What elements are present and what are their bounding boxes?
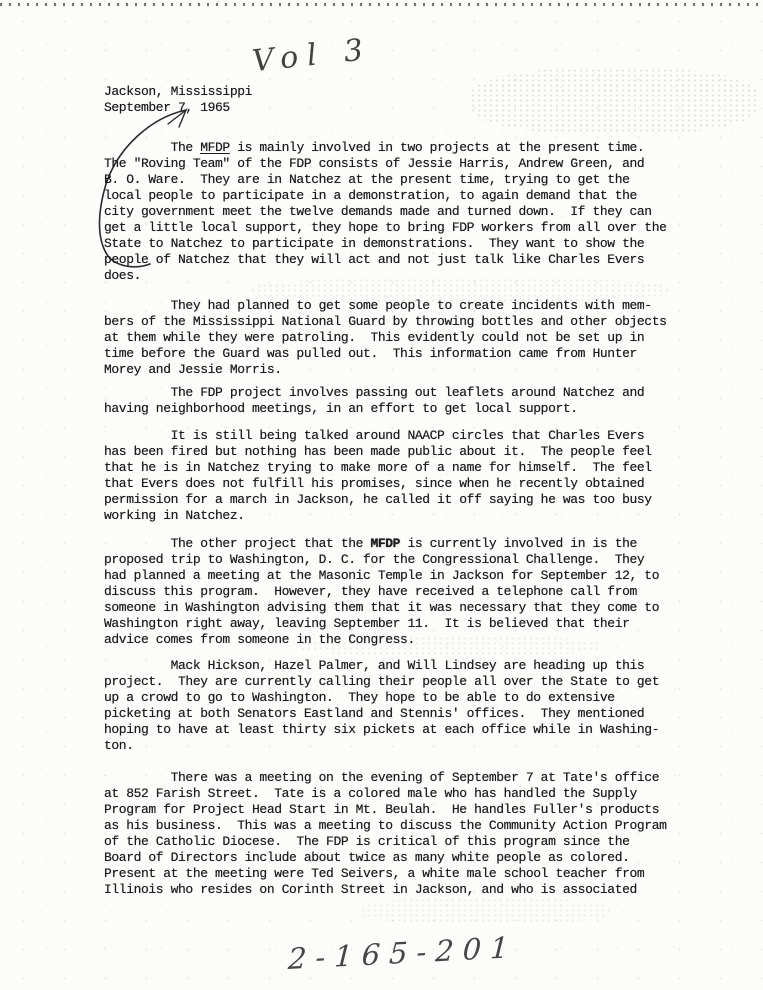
paragraph-7-body: There was a meeting on the evening of Se… — [104, 770, 667, 897]
paragraph-3-body: The FDP project involves passing out lea… — [104, 385, 644, 416]
handwritten-file-number: 2-165-201 — [287, 930, 518, 976]
scan-edge-dots — [0, 3, 763, 6]
paragraph-5: The other project that the MFDP is curre… — [104, 536, 659, 648]
paragraph-4: It is still being talked around NAACP ci… — [104, 428, 652, 524]
paragraph-1: The MFDP is mainly involved in two proje… — [104, 140, 667, 284]
dateline-location: Jackson, Mississippi — [104, 84, 252, 99]
scan-noise-blob — [360, 898, 610, 924]
paragraph-1-line1-pre: The — [104, 140, 200, 155]
paragraph-5-line1-pre: The other project that the — [104, 536, 370, 551]
paragraph-5-line1-post: is currently involved in is the — [400, 536, 637, 551]
dateline-date: September 7, 1965 — [104, 100, 230, 115]
paragraph-5-mfdp-bold: MFDP — [370, 536, 400, 551]
paragraph-2: They had planned to get some people to c… — [104, 298, 667, 378]
scanned-document-page: Vol 3 Jackson, Mississippi September 7, … — [0, 0, 763, 990]
handwritten-volume-note: Vol 3 — [251, 32, 374, 79]
paragraph-1-body: The "Roving Team" of the FDP consists of… — [104, 156, 667, 283]
paragraph-1-line1-post: is mainly involved in two projects at th… — [230, 140, 644, 155]
dateline-block: Jackson, Mississippi September 7, 1965 — [104, 84, 252, 116]
paragraph-6-body: Mack Hickson, Hazel Palmer, and Will Lin… — [104, 658, 659, 753]
paragraph-1-mfdp-underlined: MFDP — [200, 140, 230, 155]
paragraph-6: Mack Hickson, Hazel Palmer, and Will Lin… — [104, 658, 659, 754]
paragraph-5-body: proposed trip to Washington, D. C. for t… — [104, 552, 659, 647]
paragraph-2-body: They had planned to get some people to c… — [104, 298, 667, 377]
scan-noise-blob — [470, 68, 760, 134]
paragraph-7: There was a meeting on the evening of Se… — [104, 770, 667, 898]
paragraph-3: The FDP project involves passing out lea… — [104, 385, 644, 417]
paragraph-4-body: It is still being talked around NAACP ci… — [104, 428, 652, 523]
